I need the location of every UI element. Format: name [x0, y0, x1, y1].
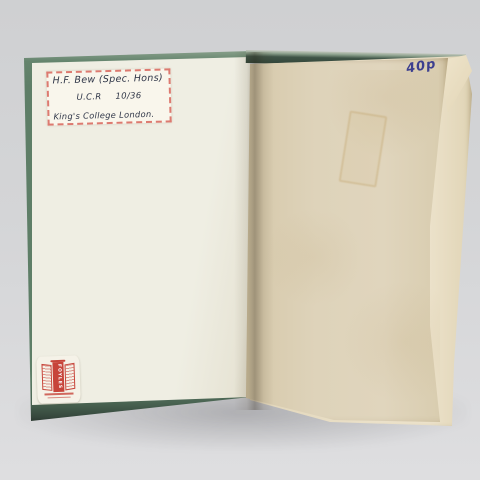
ownership-line-3: King's College London.	[53, 109, 165, 120]
bookseller-label: FOYLES	[36, 355, 81, 403]
ownership-line-2: U.C.R 10/36	[53, 92, 165, 103]
ownership-line-2-right: 10/36	[115, 92, 141, 101]
book-right-cover-icon	[64, 363, 75, 391]
book-left-cover-icon	[41, 364, 52, 391]
red-book-icon: FOYLES	[41, 359, 75, 399]
book-spine-icon: FOYLES	[52, 362, 64, 392]
ownership-line-2-left: U.C.R	[76, 94, 101, 103]
photo-backdrop: 40p H.F. Bew (Spec. Hons) U.C.R 10/36 Ki…	[0, 0, 480, 480]
free-endpaper-page	[244, 56, 450, 428]
bookseller-caption-line-1	[44, 392, 73, 395]
bookseller-caption-line-2	[48, 396, 71, 398]
bookseller-spine-text: FOYLES	[56, 364, 61, 389]
ownership-line-1: H.F. Bew (Spec. Hons)	[52, 74, 164, 86]
ownership-label: H.F. Bew (Spec. Hons) U.C.R 10/36 King's…	[46, 68, 171, 125]
book-gutter	[234, 52, 274, 410]
